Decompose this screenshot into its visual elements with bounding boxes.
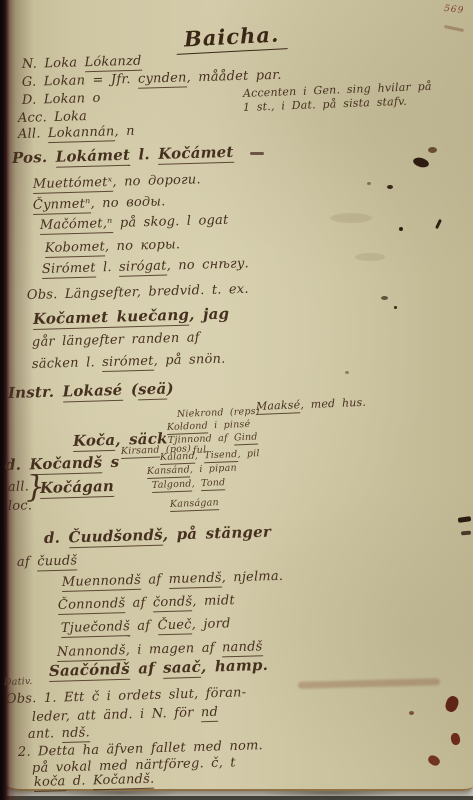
underlined-word: Čuudšondš (68, 526, 163, 549)
underlined-word: Čueč (157, 617, 192, 635)
paradigm-row-dative: D. Lokan o (22, 92, 101, 108)
text-run: , i magen af (125, 640, 222, 658)
text-run: , midt (192, 593, 235, 609)
manuscript-line: går längefter randen af (32, 331, 200, 349)
text-run: , по снѣгу. (166, 256, 249, 273)
text-run: Instr. (8, 382, 63, 402)
underlined-word: Talgond (152, 478, 192, 493)
manuscript-body: N. Loka LókanzdG. Lokan = Jfr. cynden, m… (0, 0, 473, 800)
underlined-word: nandš (222, 639, 263, 657)
text-run: af (130, 659, 164, 678)
underlined-word: Saačóndš (49, 660, 130, 682)
manuscript-line: ant. ndš. (28, 726, 90, 741)
manuscript-line: Čynmetⁿ, по воды. (33, 195, 166, 212)
manuscript-line: Kanságan (170, 498, 219, 510)
manuscript-line: Koldond i pinsé (167, 420, 251, 433)
text-run: l. (130, 145, 159, 164)
underlined-word: nd (201, 705, 219, 722)
manuscript-line: Kobomet, по коры. (45, 238, 181, 255)
text-run: All. (18, 126, 48, 142)
manuscript-line: d. Kočandš s (5, 455, 120, 474)
underlined-word: Kanságan (170, 497, 219, 512)
text-run: af (17, 554, 38, 570)
underlined-word: Muettómetˣ (33, 175, 113, 194)
text-run: N. (22, 56, 45, 72)
text-run: i pinsé (208, 419, 251, 432)
underlined-word: Sirómet (42, 261, 96, 279)
underlined-word: Maaksé (256, 398, 301, 415)
text-run: Pos. (12, 148, 56, 167)
text-run: på skog. l ogat (112, 213, 228, 231)
text-run: Obs. (27, 287, 65, 303)
underlined-word: Čynmetⁿ (33, 196, 91, 215)
manuscript-line: Mačómet,ⁿ på skog. l ogat (40, 214, 229, 233)
text-run: , i pipan (190, 463, 237, 476)
text-run: , på snön. (153, 352, 225, 369)
manuscript-line: leder, att änd. i N. för nd (32, 706, 218, 725)
observation-row: Obs. Längsefter, bredvid. t. ex. (27, 283, 249, 303)
underlined-word: Kočandš. (93, 772, 155, 791)
manuscript-line: Muennondš af muendš, njelma. (62, 570, 284, 590)
instrumental-case-row: Instr. Lokasé (seä) (8, 381, 174, 401)
underlined-word: Lókanzd (84, 54, 141, 73)
underlined-word: muendš (168, 571, 221, 589)
underlined-word: koča (34, 774, 66, 792)
manuscript-line: koča d. Kočandš. (34, 773, 155, 790)
text-run: , jord (191, 616, 230, 632)
text-run: Acc. (18, 110, 55, 126)
underlined-word: Kirsand (121, 445, 160, 459)
text-run: d. (44, 528, 69, 547)
text-run: Loka (44, 55, 85, 71)
underlined-word: Kobomet (45, 239, 105, 258)
underlined-word: Kočámet (158, 143, 234, 165)
manuscript-line: säcken l. sirómet, på snön. (32, 353, 226, 372)
text-run: (pos) (160, 443, 192, 455)
manuscript-line: d. Čuudšondš, på stänger (44, 525, 271, 547)
underlined-word: Kočamet kuečang (33, 306, 190, 330)
text-run: Dativ. (4, 676, 33, 688)
underlined-word: Lokasé (62, 381, 122, 403)
text-run: , по воды. (90, 194, 165, 211)
text-run: , hamp. (201, 656, 269, 676)
margin-note: Maaksé, med hus. (256, 397, 367, 413)
underlined-word: sirógat (119, 259, 167, 277)
manuscript-line: Saačóndš af saač, hamp. (49, 658, 269, 680)
text-run: , jag (189, 305, 230, 324)
text-run: ant. (28, 726, 62, 742)
text-run: af (125, 595, 153, 611)
manuscript-line: Talgond, Tond (152, 478, 226, 491)
text-run: , njelma. (221, 569, 283, 586)
text-run: , по коры. (105, 237, 181, 254)
text-run: d. (65, 773, 93, 789)
paradigm-row-nominative: N. Loka Lókanzd (22, 55, 142, 72)
text-run: af (141, 572, 169, 588)
text-run: ( (122, 380, 138, 398)
text-run: , n (114, 124, 135, 140)
text-run: D. (22, 92, 44, 108)
underlined-word: Kansánd (147, 464, 190, 479)
underlined-word: seä (138, 380, 167, 401)
text-run: , måådet par. (186, 68, 281, 86)
underlined-word: Gind (234, 432, 258, 446)
text-run: Niekrond (reps) (177, 406, 260, 420)
text-run: , på stänger (163, 523, 272, 544)
underlined-word: Tisend (204, 449, 238, 463)
underlined-word: Tjuečondš (61, 619, 130, 638)
text-run: går längefter randen af (32, 330, 200, 350)
manuscript-photo: 569 Baicha. N. Loka LókanzdG. Lokan = Jf… (0, 0, 473, 800)
text-run: , по дороги. (112, 172, 201, 189)
case-label-locative: loc. (8, 499, 33, 513)
underlined-word: Mačómet,ⁿ (40, 216, 113, 235)
text-run: Loka (54, 109, 87, 125)
text-run: Obs. 1. Ett č i ordets slut, föran- (6, 685, 247, 707)
manuscript-line: Čonnondš af čondš, midt (58, 594, 235, 613)
manuscript-line: Sirómet l. sirógat, по снѣгу. (42, 257, 249, 276)
manuscript-line: af čuudš (17, 554, 78, 569)
underlined-word: Lokannán (48, 124, 115, 143)
manuscript-line: Kansánd, i pipan (147, 464, 237, 477)
underlined-word: Koča (73, 431, 116, 452)
underlined-word: ndš. (61, 725, 90, 743)
underlined-word: sirómet (102, 354, 154, 372)
margin-label-dative: Dativ. (4, 677, 33, 688)
text-run: säcken l. (32, 355, 103, 372)
paradigm-row-accusative: Acc. Loka (18, 110, 87, 126)
text-run: , pil (237, 448, 260, 460)
manuscript-line: Kočágan (40, 479, 115, 497)
manuscript-line: Tjuečondš af Čueč, jord (61, 617, 231, 635)
underlined-word: Kočágan (40, 477, 115, 499)
text-run: Längsefter, bredvid. t. ex. (65, 282, 249, 302)
text-run: Lokan = Jfr. (44, 72, 139, 90)
manuscript-line: Obs. 1. Ett č i ordets slut, föran- (6, 686, 247, 706)
text-run: Lokan o (44, 91, 101, 108)
text-run: loc. (8, 498, 33, 514)
text-run: l. (95, 260, 119, 276)
underlined-word: Čonnondš (58, 596, 126, 615)
text-run: s (102, 453, 120, 471)
underlined-word: čuudš (37, 553, 77, 571)
text-run: , med hus. (300, 396, 366, 412)
positive-case-row: Pos. Lokámet l. Kočámet (12, 145, 234, 167)
paradigm-row-allative: All. Lokannán, n (18, 125, 135, 142)
manuscript-line: Kočamet kuečang, jag (33, 307, 230, 328)
manuscript-line: Muettómetˣ, по дороги. (33, 173, 201, 191)
underlined-word: Muennondš (62, 573, 142, 592)
underlined-word: cynden (138, 70, 187, 88)
underlined-word: Lokámet (55, 146, 130, 168)
underlined-word: Tond (201, 477, 226, 491)
text-run: ) (166, 379, 174, 397)
text-run: G. (22, 74, 44, 90)
text-run: af (130, 618, 158, 634)
underlined-word: saač (163, 658, 201, 679)
underlined-word: čondš (153, 594, 193, 612)
text-run: leder, att änd. i N. för (32, 705, 201, 725)
